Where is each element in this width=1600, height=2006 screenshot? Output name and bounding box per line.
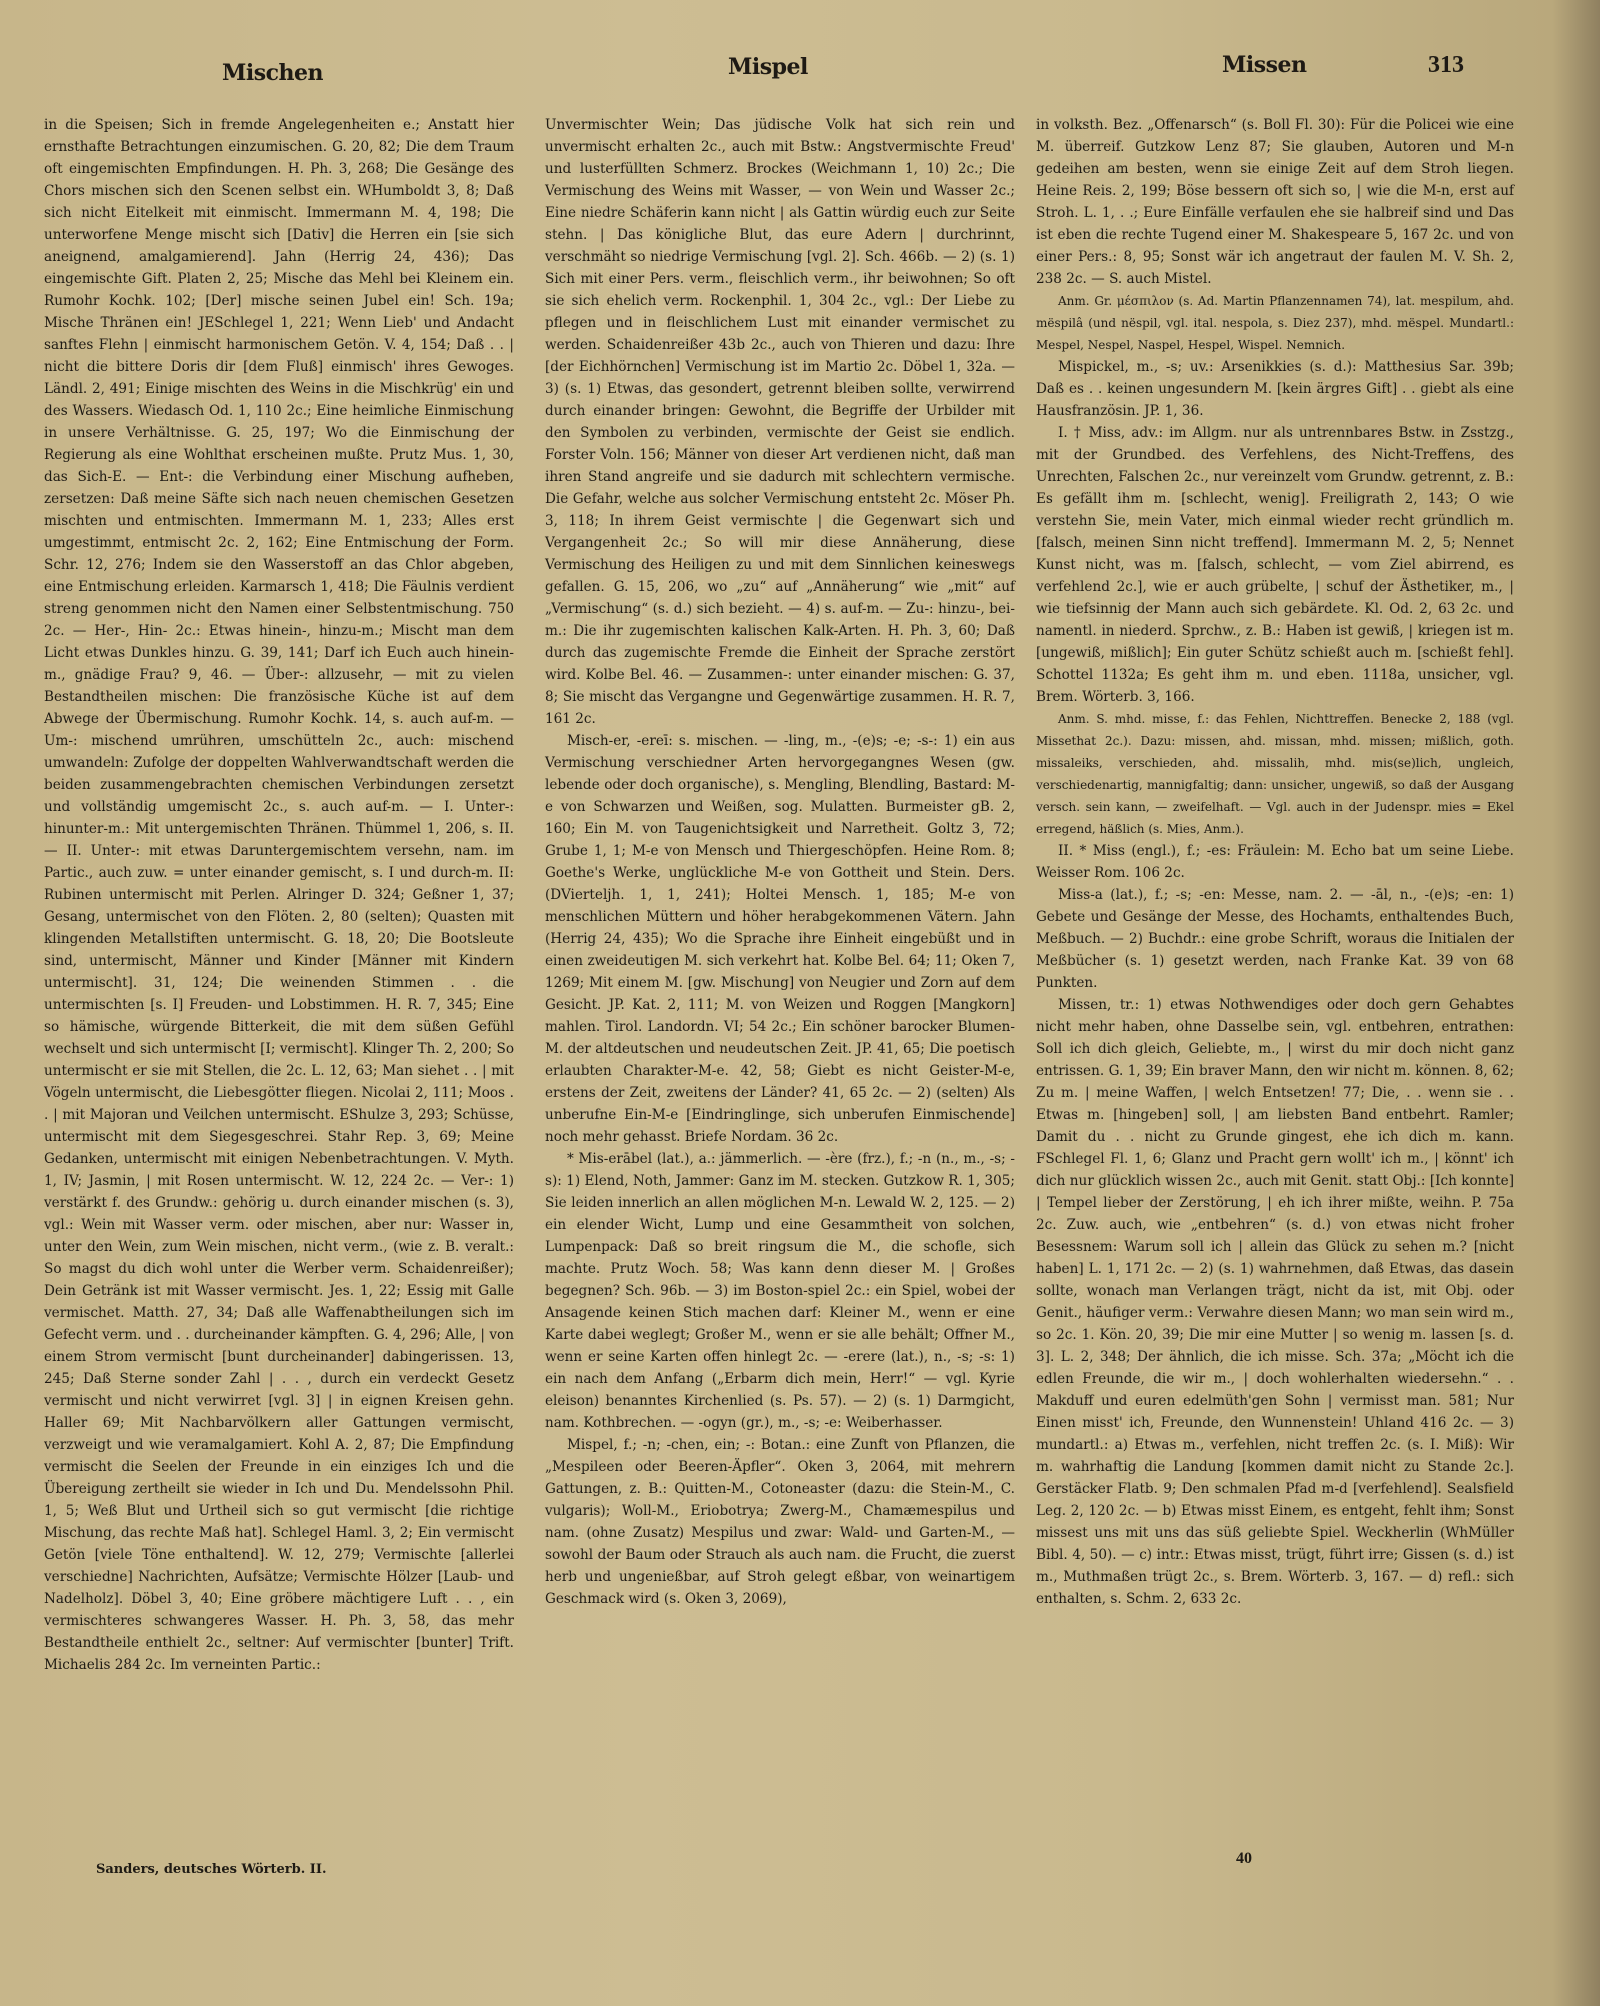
page-number: 313 <box>1428 52 1464 79</box>
entry-missen: Missen, tr.: 1) etwas Nothwendiges oder … <box>1036 994 1514 1610</box>
entry-mispickel: Mispickel, m., -s; uv.: Arsenikkies (s. … <box>1036 356 1514 422</box>
running-header: Mischen Mispel Missen 313 <box>0 52 1600 92</box>
note-miss: Anm. S. mhd. misse, f.: das Fehlen, Nich… <box>1036 708 1514 840</box>
signature-mark: 40 <box>1236 1850 1252 1868</box>
note-mispel: Anm. Gr. μέσπιλον (s. Ad. Martin Pflanze… <box>1036 290 1514 356</box>
center-guide-word: Mispel <box>728 54 808 80</box>
entry-mispel: Mispel, f.; -n; -chen, ein; -: Botan.: e… <box>545 1434 1015 1610</box>
entry-text: Unvermischter Wein; Das jüdische Volk ha… <box>545 114 1015 730</box>
dictionary-page: Mischen Mispel Missen 313 in die Speisen… <box>0 0 1600 2006</box>
entry-mischer: Misch-er, -ereī: s. mischen. — -ling, m.… <box>545 730 1015 1148</box>
left-guide-word: Mischen <box>222 60 323 86</box>
entry-text: in volksth. Bez. „Offenarsch“ (s. Boll F… <box>1036 114 1514 290</box>
entry-miss-adv: I. † Miss, adv.: im Allgm. nur als untre… <box>1036 422 1514 708</box>
entry-text: in die Speisen; Sich in fremde Angelegen… <box>44 114 514 1676</box>
column-left: in die Speisen; Sich in fremde Angelegen… <box>44 114 514 1676</box>
entry-miss-engl: II. * Miss (engl.), f.; -es: Fräulein: M… <box>1036 840 1514 884</box>
entry-missa: Miss-a (lat.), f.; -s; -en: Messe, nam. … <box>1036 884 1514 994</box>
column-right: in volksth. Bez. „Offenarsch“ (s. Boll F… <box>1036 114 1514 1610</box>
column-middle: Unvermischter Wein; Das jüdische Volk ha… <box>545 114 1015 1610</box>
imprint-line: Sanders, deutsches Wörterb. II. <box>96 1862 326 1877</box>
entry-miserabel: * Mis-erābel (lat.), a.: jämmerlich. — -… <box>545 1148 1015 1434</box>
right-guide-word: Missen <box>1222 52 1306 78</box>
